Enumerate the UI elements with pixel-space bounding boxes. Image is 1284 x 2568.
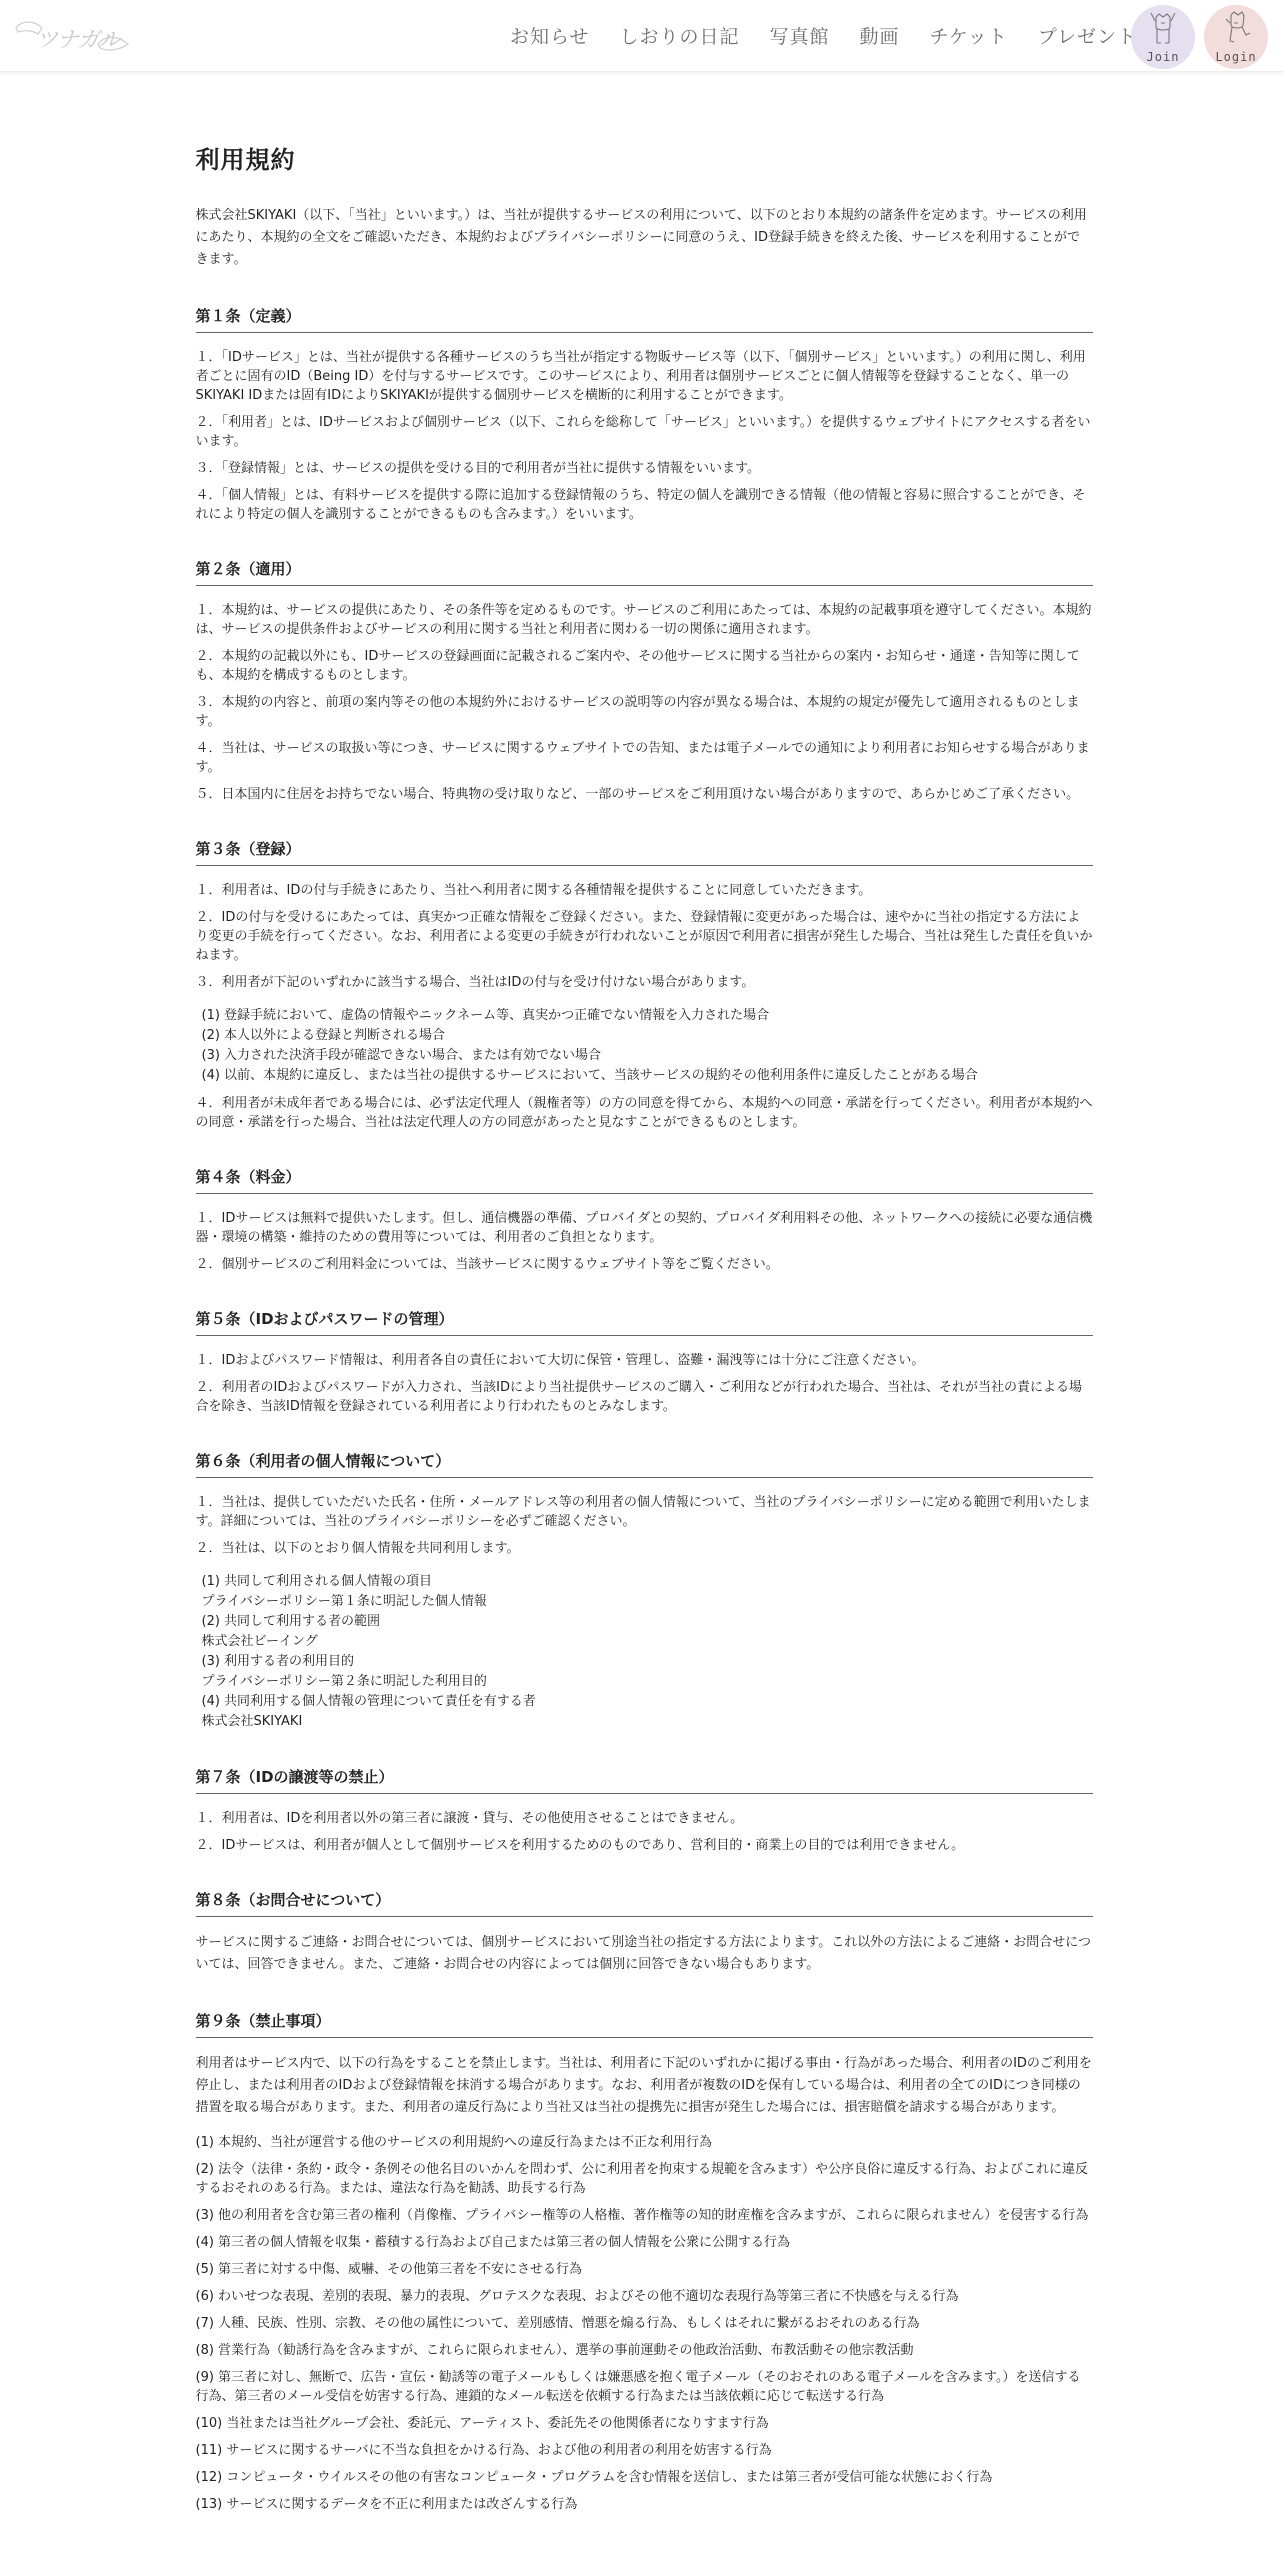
article-item: ２．当社は、以下のとおり個人情報を共同利用します。 <box>196 1539 1093 1558</box>
sub-list-item: (4) 共同利用する個人情報の管理について責任を有する者 <box>202 1692 1093 1712</box>
article-item: ４．利用者が未成年者である場合には、必ず法定代理人（親権者等）の方の同意を得てか… <box>196 1094 1093 1132</box>
article-title: 第４条（料金） <box>196 1166 1093 1194</box>
article-title: 第３条（登録） <box>196 838 1093 866</box>
article-title: 第９条（禁止事項） <box>196 2010 1093 2038</box>
article-item: ５．日本国内に住居をお持ちでない場合、特典物の受け取りなど、一部のサービスをご利… <box>196 785 1093 804</box>
article-8: 第８条（お問合せについて） サービスに関するご連絡・お問合せについては、個別サー… <box>196 1889 1093 1976</box>
article-item: ４．当社は、サービスの取扱い等につき、サービスに関するウェブサイトでの告知、また… <box>196 739 1093 777</box>
intro-paragraph: 株式会社SKIYAKI（以下、「当社」といいます。）は、当社が提供するサービスの… <box>196 205 1093 271</box>
prohibited-list: (1) 本規約、当社が運営する他のサービスの利用規約への違反行為または不正な利用… <box>196 2133 1093 2514</box>
nav-ticket[interactable]: チケット <box>929 22 1007 49</box>
nav-diary[interactable]: しおりの日記 <box>619 22 739 49</box>
article-body: 利用者はサービス内で、以下の行為をすることを禁止します。当社は、利用者に下記のい… <box>196 2053 1093 2119</box>
prohibited-item: (13) サービスに関するデータを不正に利用または改ざんする行為 <box>196 2495 1093 2514</box>
article-item: ２．IDサービスは、利用者が個人として個別サービスを利用するためのものであり、営… <box>196 1836 1093 1855</box>
article-5: 第５条（IDおよびパスワードの管理） １．IDおよびパスワード情報は、利用者各自… <box>196 1308 1093 1416</box>
sub-list-item: (1) 登録手続において、虚偽の情報やニックネーム等、真実かつ正確でない情報を入… <box>202 1006 1093 1026</box>
article-item: ２．個別サービスのご利用料金については、当該サービスに関するウェブサイト等をご覧… <box>196 1255 1093 1274</box>
article-item: ３．本規約の内容と、前項の案内等その他の本規約外におけるサービスの説明等の内容が… <box>196 693 1093 731</box>
prohibited-item: (2) 法令（法律・条約・政令・条例その他名目のいかんを問わず、公に利用者を拘束… <box>196 2160 1093 2198</box>
article-6: 第６条（利用者の個人情報について） １．当社は、提供していただいた氏名・住所・メ… <box>196 1450 1093 1732</box>
login-button[interactable]: Login <box>1204 5 1268 69</box>
nav-news[interactable]: お知らせ <box>510 22 589 49</box>
nav-photo-gallery[interactable]: 写真館 <box>769 22 829 49</box>
prohibited-item: (9) 第三者に対し、無断で、広告・宣伝・勧誘等の電子メールもしくは嫌悪感を抱く… <box>196 2368 1093 2406</box>
article-title: 第１条（定義） <box>196 305 1093 333</box>
join-label: Join <box>1147 50 1180 64</box>
prohibited-item: (3) 他の利用者を含む第三者の権利（肖像権、プライバシー権等の人格権、著作権等… <box>196 2206 1093 2225</box>
article-4: 第４条（料金） １．IDサービスは無料で提供いたします。但し、通信機器の準備、プ… <box>196 1166 1093 1274</box>
sub-list: (1) 登録手続において、虚偽の情報やニックネーム等、真実かつ正確でない情報を入… <box>202 1006 1093 1086</box>
prohibited-item: (7) 人種、民族、性別、宗教、その他の属性について、差別感情、憎悪を煽る行為、… <box>196 2314 1093 2333</box>
login-label: Login <box>1215 50 1256 64</box>
sub-list-item: (4) 以前、本規約に違反し、または当社の提供するサービスにおいて、当該サービス… <box>202 1066 1093 1086</box>
sub-list-item: (1) 共同して利用される個人情報の項目 <box>202 1572 1093 1592</box>
article-title: 第７条（IDの譲渡等の禁止） <box>196 1766 1093 1794</box>
prohibited-item: (5) 第三者に対する中傷、威嚇、その他第三者を不安にさせる行為 <box>196 2260 1093 2279</box>
article-item: １．本規約は、サービスの提供にあたり、その条件等を定めるものです。サービスのご利… <box>196 601 1093 639</box>
sub-list: (1) 共同して利用される個人情報の項目 プライバシーポリシー第１条に明記した個… <box>202 1572 1093 1732</box>
join-button[interactable]: Join <box>1131 5 1195 69</box>
article-item: １．IDおよびパスワード情報は、利用者各自の責任において大切に保管・管理し、盗難… <box>196 1351 1093 1370</box>
article-item: １．利用者は、IDを利用者以外の第三者に譲渡・貸与、その他使用させることはできま… <box>196 1809 1093 1828</box>
sub-list-item: 株式会社SKIYAKI <box>202 1712 1093 1732</box>
sub-list-item: 株式会社ビーイング <box>202 1632 1093 1652</box>
prohibited-item: (1) 本規約、当社が運営する他のサービスの利用規約への違反行為または不正な利用… <box>196 2133 1093 2152</box>
logo-text: ツナガル <box>36 23 120 54</box>
article-item: ２．「利用者」とは、IDサービスおよび個別サービス（以下、これらを総称して「サー… <box>196 413 1093 451</box>
terms-content: 利用規約 株式会社SKIYAKI（以下、「当社」といいます。）は、当社が提供する… <box>196 140 1093 2514</box>
page-title: 利用規約 <box>196 140 1093 175</box>
prohibited-item: (12) コンピュータ・ウイルスその他の有害なコンピュータ・プログラムを含む情報… <box>196 2468 1093 2487</box>
article-item: ２．IDの付与を受けるにあたっては、真実かつ正確な情報をご登録ください。また、登… <box>196 908 1093 965</box>
site-header: ツナガル お知らせ しおりの日記 写真館 動画 チケット プレゼント企画 Joi… <box>0 0 1284 72</box>
article-item: １．IDサービスは無料で提供いたします。但し、通信機器の準備、プロバイダとの契約… <box>196 1209 1093 1247</box>
sub-list-item: (2) 本人以外による登録と判断される場合 <box>202 1026 1093 1046</box>
article-item: ３．「登録情報」とは、サービスの提供を受ける目的で利用者が当社に提供する情報をい… <box>196 459 1093 478</box>
prohibited-item: (4) 第三者の個人情報を収集・蓄積する行為および自己または第三者の個人情報を公… <box>196 2233 1093 2252</box>
sub-list-item: (3) 入力された決済手段が確認できない場合、または有効でない場合 <box>202 1046 1093 1066</box>
article-item: ２．本規約の記載以外にも、IDサービスの登録画面に記載されるご案内や、その他サー… <box>196 647 1093 685</box>
article-item: １．当社は、提供していただいた氏名・住所・メールアドレス等の利用者の個人情報につ… <box>196 1493 1093 1531</box>
cat-arms-up-icon <box>1147 9 1179 49</box>
article-1: 第１条（定義） １．「IDサービス」とは、当社が提供する各種サービスのうち当社が… <box>196 305 1093 524</box>
article-body: サービスに関するご連絡・お問合せについては、個別サービスにおいて別途当社の指定す… <box>196 1932 1093 1976</box>
article-item: １．利用者は、IDの付与手続きにあたり、当社へ利用者に関する各種情報を提供するこ… <box>196 881 1093 900</box>
sub-list-item: プライバシーポリシー第２条に明記した利用目的 <box>202 1672 1093 1692</box>
sub-list-item: プライバシーポリシー第１条に明記した個人情報 <box>202 1592 1093 1612</box>
prohibited-item: (8) 営業行為（勧誘行為を含みますが、これらに限られません）、選挙の事前運動そ… <box>196 2341 1093 2360</box>
prohibited-item: (6) わいせつな表現、差別的表現、暴力的表現、グロテスクな表現、およびその他不… <box>196 2287 1093 2306</box>
article-9: 第９条（禁止事項） 利用者はサービス内で、以下の行為をすることを禁止します。当社… <box>196 2010 1093 2514</box>
sub-list-item: (2) 共同して利用する者の範囲 <box>202 1612 1093 1632</box>
main-nav: お知らせ しおりの日記 写真館 動画 チケット プレゼント企画 <box>510 22 1207 49</box>
article-item: １．「IDサービス」とは、当社が提供する各種サービスのうち当社が指定する物販サー… <box>196 348 1093 405</box>
article-title: 第８条（お問合せについて） <box>196 1889 1093 1917</box>
cat-dancing-icon <box>1220 9 1252 49</box>
article-title: 第６条（利用者の個人情報について） <box>196 1450 1093 1478</box>
nav-video[interactable]: 動画 <box>859 22 899 49</box>
site-logo[interactable]: ツナガル <box>12 14 130 54</box>
article-3: 第３条（登録） １．利用者は、IDの付与手続きにあたり、当社へ利用者に関する各種… <box>196 838 1093 1132</box>
prohibited-item: (10) 当社または当社グループ会社、委託元、アーティスト、委託先その他関係者に… <box>196 2414 1093 2433</box>
prohibited-item: (11) サービスに関するサーバに不当な負担をかける行為、および他の利用者の利用… <box>196 2441 1093 2460</box>
article-title: 第５条（IDおよびパスワードの管理） <box>196 1308 1093 1336</box>
article-2: 第２条（適用） １．本規約は、サービスの提供にあたり、その条件等を定めるものです… <box>196 558 1093 804</box>
article-title: 第２条（適用） <box>196 558 1093 586</box>
article-item: ４．「個人情報」とは、有料サービスを提供する際に追加する登録情報のうち、特定の個… <box>196 486 1093 524</box>
article-item: ３．利用者が下記のいずれかに該当する場合、当社はIDの付与を受け付けない場合があ… <box>196 973 1093 992</box>
article-item: ２．利用者のIDおよびパスワードが入力され、当該IDにより当社提供サービスのご購… <box>196 1378 1093 1416</box>
article-7: 第７条（IDの譲渡等の禁止） １．利用者は、IDを利用者以外の第三者に譲渡・貸与… <box>196 1766 1093 1855</box>
sub-list-item: (3) 利用する者の利用目的 <box>202 1652 1093 1672</box>
